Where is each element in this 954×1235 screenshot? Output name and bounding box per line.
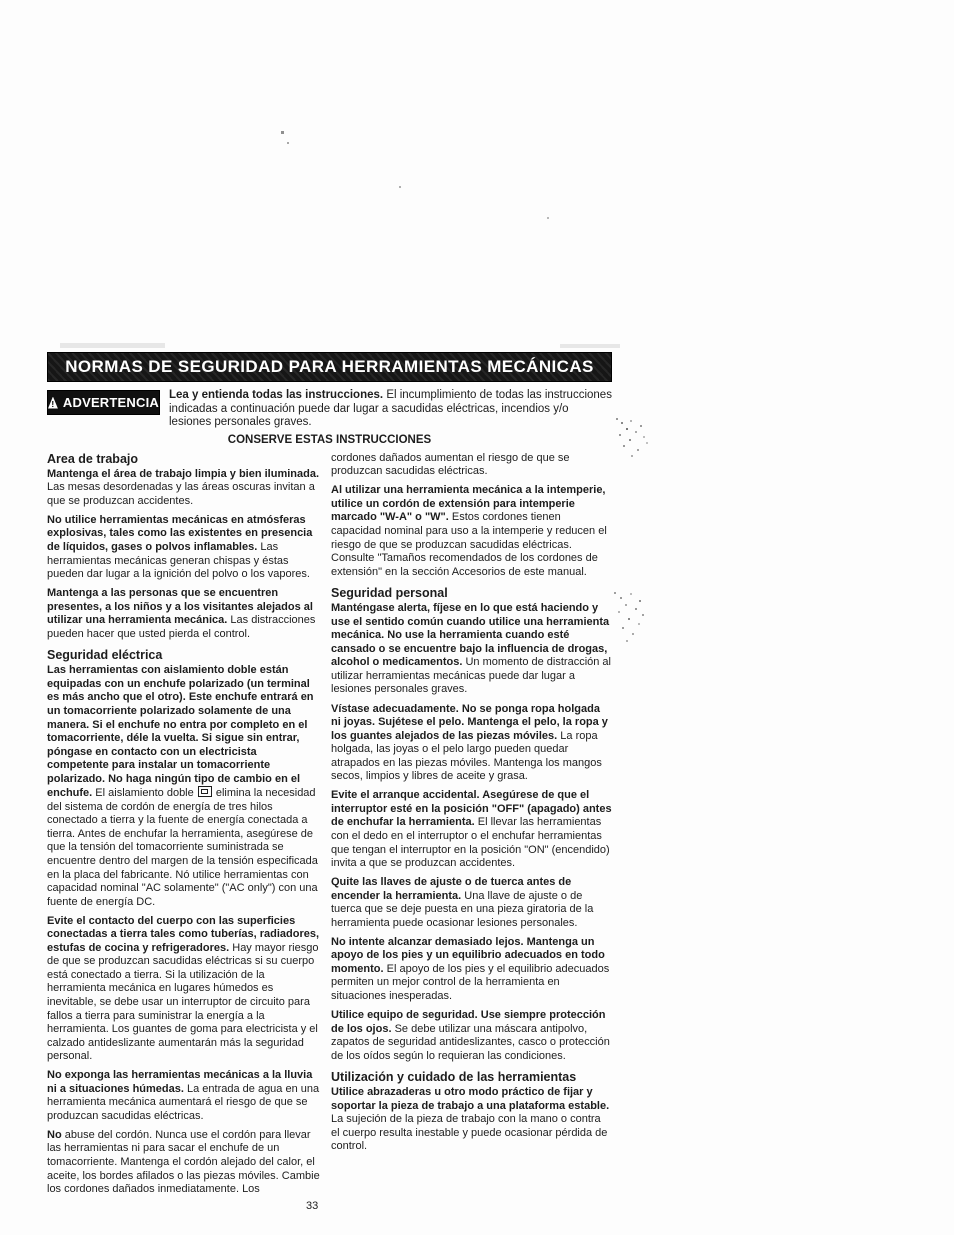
safety-paragraph: No utilice herramientas mecánicas en atm… — [47, 514, 320, 582]
safety-paragraph: Utilice abrazaderas u otro modo práctico… — [331, 1086, 612, 1154]
safety-paragraph: Evite el contacto del cuerpo con las sup… — [47, 915, 320, 1064]
section-heading-area-de-trabajo: Area de trabajo — [47, 452, 320, 466]
safety-paragraph: No abuse del cordón. Nunca use el cordón… — [47, 1129, 320, 1197]
continuation-paragraph: cordones dañados aumentan el riesgo de q… — [331, 452, 612, 479]
section-heading-seguridad-personal: Seguridad personal — [331, 586, 612, 600]
scan-noise-cluster — [616, 418, 618, 420]
double-insulation-icon — [198, 786, 212, 797]
safety-paragraph: No exponga las herramientas mecánicas a … — [47, 1069, 320, 1123]
safety-paragraph: Evite el arranque accidental. Asegúrese … — [331, 789, 612, 870]
page-title: NORMAS DE SEGURIDAD PARA HERRAMIENTAS ME… — [65, 357, 594, 377]
safety-paragraph: Mantenga el área de trabajo limpia y bie… — [47, 468, 320, 509]
scan-speck — [287, 142, 289, 144]
warning-label: ADVERTENCIA — [63, 396, 159, 410]
safety-paragraph: Quite las llaves de ajuste o de tuerca a… — [331, 876, 612, 930]
scan-speck — [547, 217, 549, 219]
conserve-instructions-line: CONSERVE ESTAS INSTRUCCIONES — [47, 434, 612, 446]
page-number: 33 — [306, 1200, 318, 1212]
scan-speck — [281, 131, 284, 134]
warning-badge: ! ADVERTENCIA — [47, 390, 160, 415]
safety-paragraph: Al utilizar una herramienta mecánica a l… — [331, 484, 612, 579]
warning-triangle-icon: ! — [48, 397, 58, 409]
left-column: Area de trabajo Mantenga el área de trab… — [47, 452, 320, 1202]
warning-block: ! ADVERTENCIA Lea y entienda todas las i… — [47, 389, 612, 430]
scan-smudge — [60, 343, 165, 348]
section-title-bar: NORMAS DE SEGURIDAD PARA HERRAMIENTAS ME… — [47, 352, 612, 382]
safety-paragraph: No intente alcanzar demasiado lejos. Man… — [331, 936, 612, 1004]
right-column: cordones dañados aumentan el riesgo de q… — [331, 452, 612, 1202]
scan-smudge — [560, 344, 620, 348]
section-heading-utilizacion-y-cuidado: Utilización y cuidado de las herramienta… — [331, 1070, 612, 1084]
scan-speck — [399, 186, 401, 188]
manual-page-content: NORMAS DE SEGURIDAD PARA HERRAMIENTAS ME… — [47, 352, 612, 1202]
scan-noise-cluster — [614, 592, 616, 594]
safety-paragraph: Vístase adecuadamente. No se ponga ropa … — [331, 703, 612, 784]
safety-paragraph: Manténgase alerta, fíjese en lo que está… — [331, 602, 612, 697]
safety-paragraph: Utilice equipo de seguridad. Use siempre… — [331, 1009, 612, 1063]
safety-paragraph: Mantenga a las personas que se encuentre… — [47, 587, 320, 641]
safety-paragraph: Las herramientas con aislamiento doble e… — [47, 664, 320, 909]
two-column-layout: Area de trabajo Mantenga el área de trab… — [47, 452, 612, 1202]
section-heading-seguridad-electrica: Seguridad eléctrica — [47, 648, 320, 662]
warning-lead: Lea y entienda todas las instrucciones. — [169, 389, 383, 401]
